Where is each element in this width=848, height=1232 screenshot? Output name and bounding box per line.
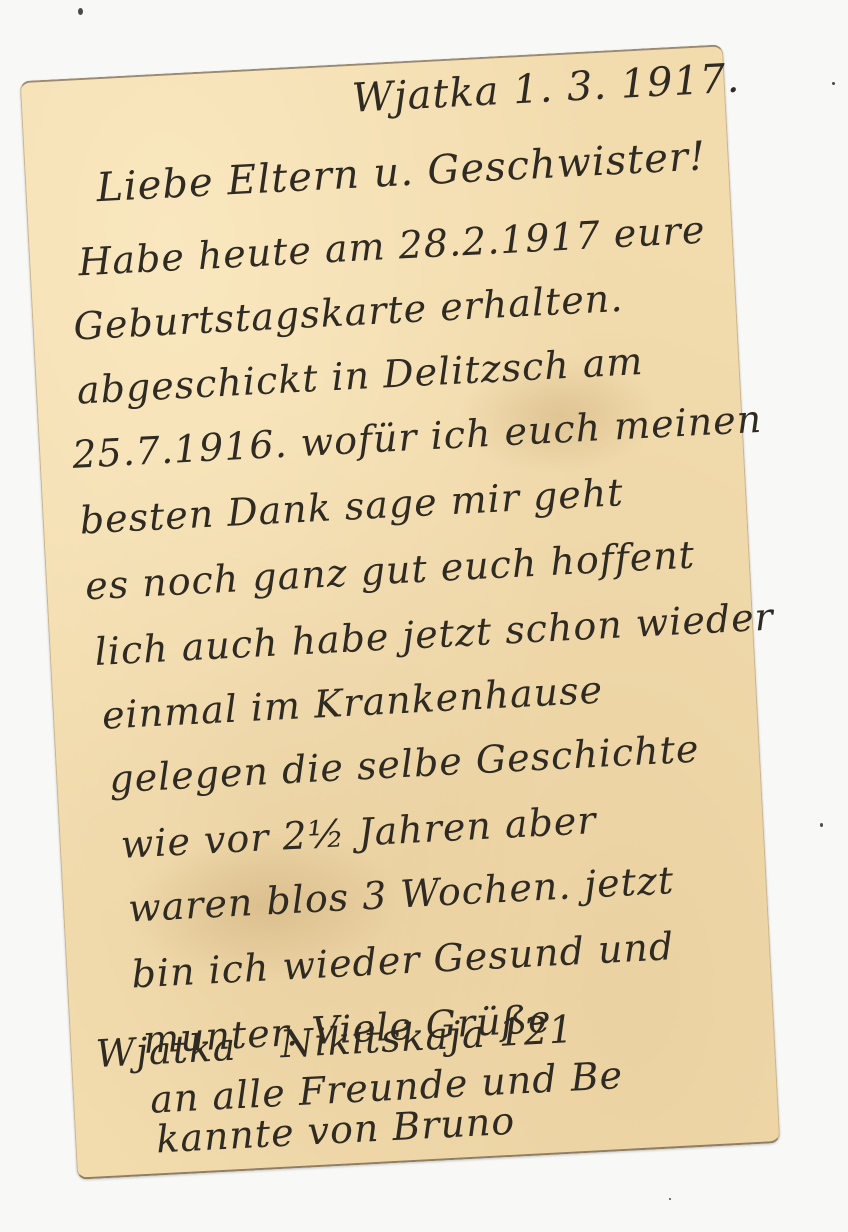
sender-city-label: Wjatka: [95, 1025, 238, 1076]
dust-speck: [832, 82, 835, 85]
body-line: es noch ganz gut euch hoffent: [84, 533, 696, 609]
scanned-postcard: Wjatka 1. 3. 1917. Liebe Eltern u. Gesch…: [0, 0, 848, 1232]
postcard: Wjatka 1. 3. 1917. Liebe Eltern u. Gesch…: [20, 44, 781, 1179]
dust-speck: [669, 1198, 671, 1200]
body-line: besten Dank sage mir geht: [79, 470, 625, 542]
body-line: einmal im Krankenhause: [101, 668, 604, 738]
dust-speck: [78, 8, 83, 15]
dust-speck: [820, 823, 823, 827]
body-line: 25.7.1916. wofür ich euch meinen: [71, 397, 763, 477]
body-line: Habe heute am 28.2.1917 eure: [77, 208, 706, 285]
body-line: gelegen die selbe Geschichte: [108, 727, 700, 802]
body-line: lich auch habe jetzt schon wieder: [94, 594, 775, 674]
salutation: Liebe Eltern u. Geschwister!: [95, 133, 707, 211]
place-date: Wjatka 1. 3. 1917.: [351, 56, 741, 122]
body-line: Geburtstagskarte erhalten.: [72, 276, 624, 349]
